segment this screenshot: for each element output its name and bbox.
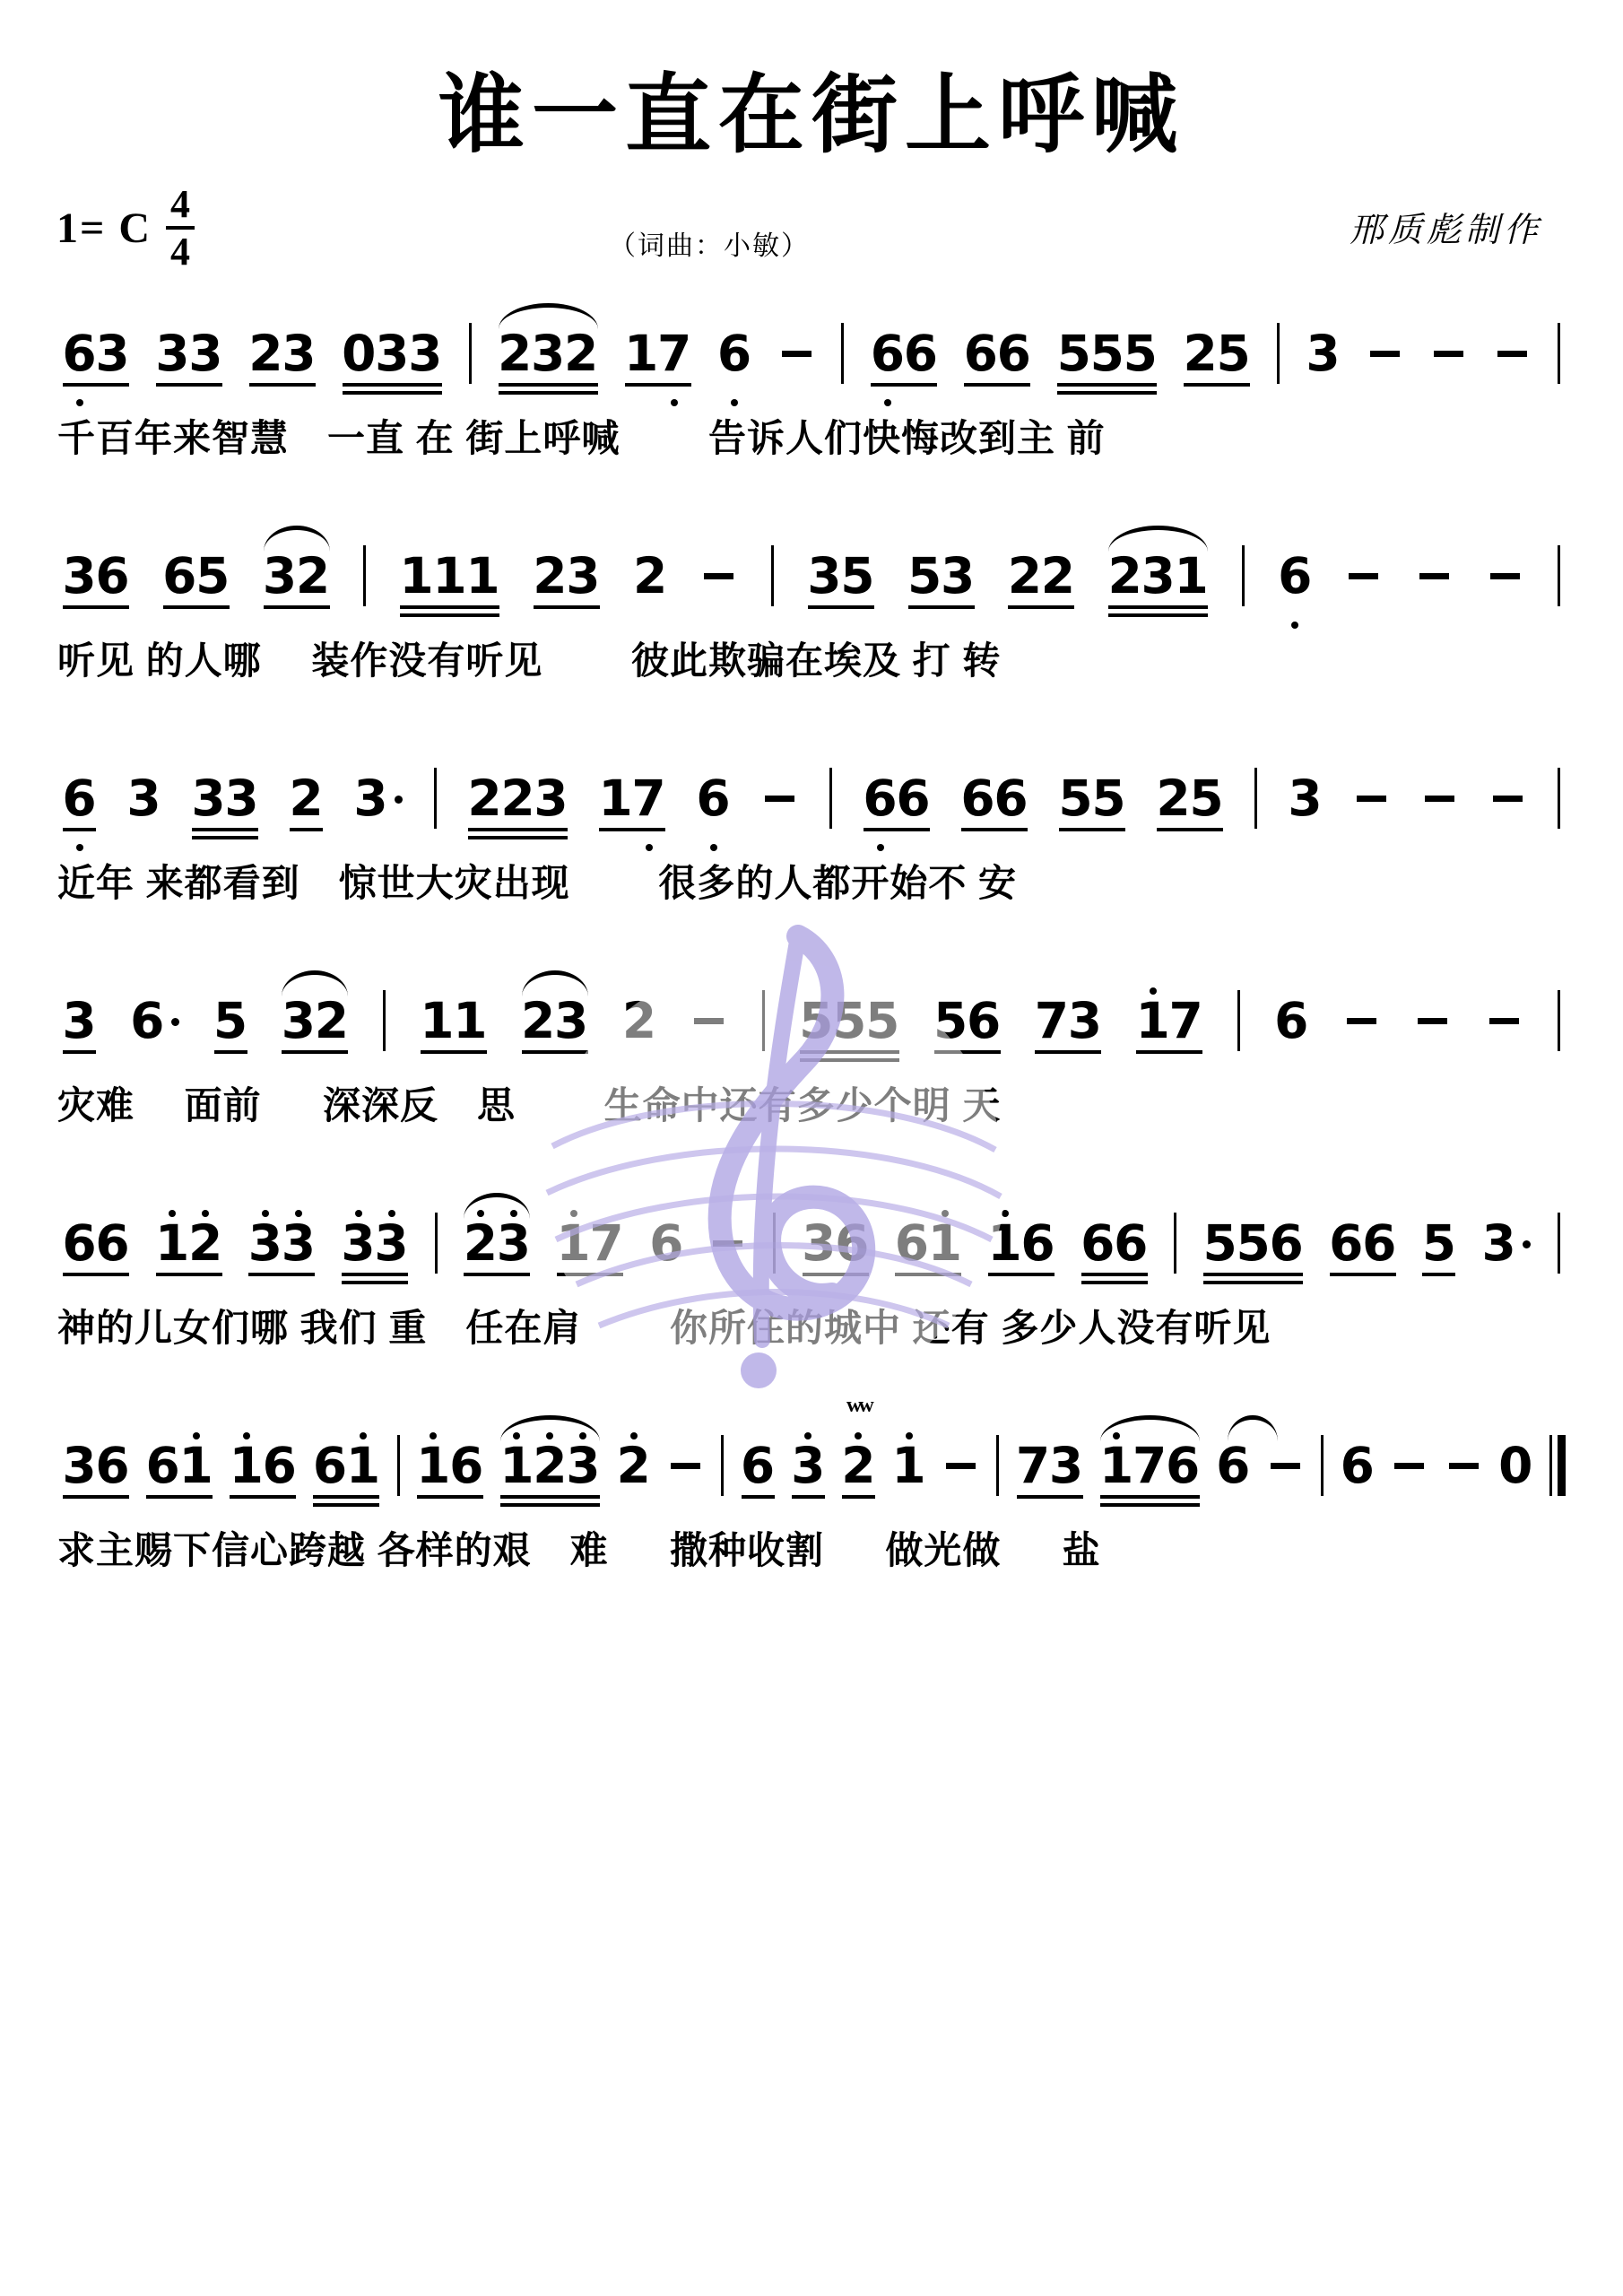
beam-underline — [1184, 383, 1250, 387]
note-group: 3 — [1305, 316, 1341, 398]
note-group: 17 — [1134, 983, 1204, 1065]
note: 3 — [792, 1430, 825, 1489]
note-digit: 6 — [1274, 997, 1308, 1044]
note-group: 17 — [623, 316, 693, 398]
note: 5 — [908, 540, 942, 599]
note-digit: 3 — [353, 775, 387, 822]
note: 3 — [803, 1207, 836, 1266]
note-group: 6 — [695, 761, 732, 843]
note: 7 — [632, 762, 665, 822]
slur-arc — [522, 970, 588, 996]
lyrics-line: 听见 的人哪 装作没有听见 彼此欺骗在埃及 打 转 — [57, 631, 1566, 685]
note: 7 — [1169, 985, 1202, 1044]
note: 1 — [892, 1430, 925, 1489]
note: 6 — [904, 317, 937, 377]
note-digit: 2 — [1184, 330, 1218, 377]
note-digit: 6 — [960, 775, 994, 822]
note-digit: 1 — [987, 1220, 1021, 1266]
note-digit: 1 — [928, 1220, 962, 1266]
note-group: 66 — [869, 316, 939, 398]
note-group: 25 — [1182, 316, 1252, 398]
note: 6 — [1330, 1207, 1363, 1266]
duration-dash — [1490, 573, 1520, 579]
barline — [996, 1435, 999, 1496]
note-digit: 1 — [346, 1442, 380, 1489]
note-group: 66 — [962, 316, 1032, 398]
slur-arc — [1108, 526, 1208, 552]
beam-underline-second — [500, 1503, 600, 1507]
beam-underline — [964, 383, 1030, 387]
lyricist-composer: （词曲：小敏） — [132, 223, 1287, 263]
note: 2 — [501, 762, 534, 822]
note-digit: 6 — [1362, 1220, 1396, 1266]
beam-underline-second — [313, 1503, 379, 1507]
beam-underline-second — [1203, 1281, 1303, 1284]
augmentation-dot — [1523, 1240, 1531, 1248]
note-digit: 1 — [432, 552, 466, 599]
beam-underline — [1059, 828, 1125, 831]
note-group: 61 — [893, 1205, 963, 1288]
note-digit: 1 — [420, 997, 454, 1044]
lyrics-line: 千百年来智慧 一直 在 街上呼喊 告诉人们快悔改到主 前 — [57, 409, 1566, 463]
note: 1 — [466, 540, 499, 599]
note-digit: 1 — [556, 1220, 590, 1266]
duration-dash — [1449, 1463, 1479, 1469]
note-digit: 6 — [896, 775, 930, 822]
note: 5 — [1237, 1207, 1270, 1266]
note: 6 — [650, 1207, 683, 1266]
duration-dash — [1493, 796, 1523, 802]
song-title: 谁一直在街上呼喊 — [0, 47, 1623, 170]
beam-underline — [282, 1050, 348, 1054]
beam-underline — [146, 1495, 213, 1499]
note-group: 33 — [247, 1205, 317, 1288]
note-group: 0 — [1497, 1428, 1534, 1510]
note-digit: 3 — [554, 997, 588, 1044]
note: 6 — [96, 1207, 129, 1266]
duration-dash — [1357, 796, 1386, 802]
note-digit: 3 — [263, 552, 297, 599]
note-digit: 7 — [631, 775, 665, 822]
note-digit: 3 — [566, 552, 600, 599]
note: 5 — [1059, 762, 1092, 822]
note-digit: 3 — [497, 1220, 531, 1266]
note: 5 — [1203, 1207, 1237, 1266]
barline — [773, 1213, 776, 1274]
note: 2ww — [842, 1430, 875, 1489]
note-group: 6 — [1215, 1428, 1252, 1510]
note-digit: 1 — [399, 552, 433, 599]
note-group: 36 — [61, 1428, 131, 1510]
duration-dash — [1425, 796, 1454, 802]
note-digit: 5 — [1058, 775, 1092, 822]
note: 3 — [409, 317, 442, 377]
note-digit: 6 — [62, 1220, 96, 1266]
note-group: 556 — [1202, 1205, 1305, 1288]
score-header: 1= C 4 4 （词曲：小敏） 邢质彪制作 — [56, 182, 1542, 274]
note-group: 6 — [61, 761, 98, 843]
beam-underline — [249, 383, 316, 387]
note-digit: 3 — [941, 552, 975, 599]
note: 1 — [599, 762, 632, 822]
beam-underline — [163, 605, 230, 609]
beam-underline — [599, 828, 665, 831]
lyrics-line: 近年 来都看到 惊世大灾出现 很多的人都开始不 安 — [57, 854, 1566, 908]
note-digit: 2 — [1041, 552, 1075, 599]
note-group: 23 — [532, 538, 602, 621]
note: 5 — [196, 540, 230, 599]
note: 5 — [833, 985, 866, 1044]
note-digit: 6 — [741, 1442, 775, 1489]
beam-underline — [248, 1273, 315, 1276]
note-digit: 3 — [791, 1442, 825, 1489]
note-digit: 7 — [1016, 1442, 1050, 1489]
note: 3 — [1482, 1207, 1515, 1266]
barline — [435, 1213, 438, 1274]
note-digit: 7 — [589, 1220, 623, 1266]
note-group: 3 — [61, 983, 98, 1065]
note-digit: 6 — [1114, 1220, 1148, 1266]
notes-row: 633323223176666655253 — [57, 761, 1566, 843]
beam-underline — [342, 1273, 408, 1276]
note-digit: 6 — [1020, 1220, 1055, 1266]
note: 3 — [282, 317, 316, 377]
beam-underline — [895, 1273, 961, 1276]
note: 5 — [1190, 762, 1223, 822]
note-digit: 6 — [717, 330, 751, 377]
note: 3 — [248, 1207, 282, 1266]
duration-dash — [1434, 351, 1463, 357]
note-group: 6 — [740, 1428, 777, 1510]
note-digit: 2 — [1108, 552, 1142, 599]
note: 3 — [567, 540, 600, 599]
note-digit: 3 — [1049, 1442, 1083, 1489]
note: 2 — [634, 540, 667, 599]
note-digit: 3 — [531, 330, 565, 377]
note: 2 — [1184, 317, 1217, 377]
beam-underline — [534, 605, 600, 609]
slur-arc — [264, 526, 330, 552]
note-digit: 3 — [1288, 775, 1322, 822]
note-digit: 3 — [1141, 552, 1176, 599]
note: 3 — [127, 762, 161, 822]
beam-underline — [934, 1050, 1001, 1054]
duration-dash — [1497, 351, 1527, 357]
note: 1 — [400, 540, 433, 599]
beam-underline — [500, 1495, 600, 1499]
note: 6 — [96, 540, 129, 599]
sheet-music-page: { "title": "谁一直在街上呼喊", "header": { "key"… — [0, 0, 1623, 2296]
note: 6 — [997, 317, 1030, 377]
barline — [771, 545, 774, 606]
beam-underline — [522, 1050, 588, 1054]
beam-underline — [468, 828, 568, 831]
notes-row: 36532112325555673176 — [57, 983, 1566, 1065]
note-group: 11 — [419, 983, 489, 1065]
note-group: 5 — [1420, 1205, 1457, 1288]
note-digit: 0 — [1498, 1442, 1532, 1489]
note-group: 555 — [798, 983, 901, 1065]
beam-underline — [290, 828, 323, 831]
note: 6 — [1363, 1207, 1396, 1266]
note: 1 — [557, 1207, 590, 1266]
note-digit: 6 — [162, 552, 196, 599]
note: 3 — [63, 985, 96, 1044]
barline — [397, 1435, 400, 1496]
note-digit: 5 — [1236, 1220, 1270, 1266]
note-digit: 3 — [126, 775, 161, 822]
augmentation-dot — [171, 1018, 179, 1026]
note-digit: 1 — [1136, 997, 1170, 1044]
beam-underline — [961, 828, 1028, 831]
note: 2 — [617, 1430, 650, 1489]
duration-dash — [1347, 1018, 1376, 1024]
note-digit: 2 — [533, 552, 567, 599]
note-digit: 6 — [1216, 1442, 1250, 1489]
note-digit: 3 — [62, 1442, 96, 1489]
note: 5 — [214, 985, 247, 1044]
octave-dot-below — [671, 399, 678, 406]
note: 6 — [63, 762, 96, 822]
note-digit: 3 — [224, 775, 258, 822]
note-group: 23 — [520, 983, 590, 1065]
note-group: 61 — [144, 1428, 214, 1510]
beam-underline — [1017, 1495, 1083, 1499]
note: 3 — [156, 317, 189, 377]
note-digit: 6 — [1269, 1220, 1303, 1266]
slur-arc — [499, 303, 598, 329]
note-digit: 1 — [598, 775, 632, 822]
note-group: 2 — [621, 983, 657, 1065]
note-group: 35 — [806, 538, 876, 621]
note-group: 6 — [129, 983, 181, 1065]
note-digit: 3 — [282, 997, 316, 1044]
barline — [1558, 768, 1560, 829]
note: 3 — [342, 1207, 375, 1266]
note-digit: 2 — [1156, 775, 1190, 822]
note-digit: 3 — [375, 330, 409, 377]
note: 3 — [808, 540, 841, 599]
note-digit: 5 — [865, 997, 899, 1044]
beam-underline — [1081, 1273, 1148, 1276]
note: 1 — [230, 1430, 263, 1489]
note: 6 — [836, 1207, 869, 1266]
note: 3 — [1306, 317, 1340, 377]
note-digit: 3 — [1068, 997, 1102, 1044]
note: 2 — [622, 985, 655, 1044]
duration-dash — [1370, 351, 1400, 357]
note-group: 2 — [288, 761, 325, 843]
note-group: 25 — [1155, 761, 1225, 843]
note-group: 36 — [801, 1205, 871, 1288]
credit-maker: 邢质彪制作 — [1350, 202, 1542, 251]
note: 5 — [841, 540, 874, 599]
note-group: 16 — [228, 1428, 298, 1510]
beam-underline — [1422, 1273, 1455, 1276]
barline — [363, 545, 366, 606]
note-digit: 6 — [696, 775, 730, 822]
note-digit: 6 — [835, 1220, 869, 1266]
note: 0 — [343, 317, 376, 377]
note-digit: 1 — [453, 997, 487, 1044]
note-digit: 2 — [467, 775, 501, 822]
octave-dot-below — [884, 399, 891, 406]
beam-underline — [156, 383, 222, 387]
beam-underline-second — [1057, 391, 1157, 395]
duration-dash — [704, 573, 733, 579]
note-digit: 2 — [289, 775, 323, 822]
note: 3 — [225, 762, 258, 822]
note-digit: 6 — [449, 1442, 483, 1489]
duration-dash — [782, 351, 811, 357]
note-group: 55 — [1057, 761, 1127, 843]
note-digit: 7 — [1133, 1442, 1167, 1489]
note: 6 — [697, 762, 730, 822]
note-digit: 3 — [155, 330, 189, 377]
note-digit: 2 — [464, 1220, 498, 1266]
note: 2 — [468, 762, 501, 822]
duration-dash — [1349, 573, 1378, 579]
slur-arc — [1228, 1415, 1277, 1441]
beam-underline-second — [1100, 1503, 1200, 1507]
note: 2 — [1157, 762, 1190, 822]
note-digit: 6 — [1278, 552, 1312, 599]
barline — [762, 990, 765, 1051]
note: 2 — [290, 762, 323, 822]
note-group: 223 — [466, 761, 569, 843]
note-digit: 3 — [408, 330, 442, 377]
note-group: 66 — [959, 761, 1029, 843]
beam-underline — [1136, 1050, 1202, 1054]
note: 6 — [263, 1430, 296, 1489]
note: 6 — [1115, 1207, 1148, 1266]
barline — [841, 323, 844, 384]
note-digit: 5 — [1422, 1220, 1456, 1266]
barline — [1558, 323, 1560, 384]
beam-underline — [1035, 1050, 1101, 1054]
note-digit: 5 — [1090, 330, 1124, 377]
note: 6 — [63, 317, 96, 377]
notes-row: 6612333323176366116665566653 — [57, 1205, 1566, 1288]
note-digit: 2 — [248, 330, 282, 377]
note-group: 3 — [126, 761, 162, 843]
note-digit: 7 — [657, 330, 691, 377]
note-digit: 6 — [62, 775, 96, 822]
note-digit: 3 — [62, 997, 96, 1044]
system-1: 6333230332321766666555253千百年来智慧 一直 在 街上呼… — [57, 316, 1566, 463]
note-group: 66 — [1080, 1205, 1150, 1288]
note-digit: 6 — [871, 330, 905, 377]
note-digit: 6 — [904, 330, 938, 377]
duration-dash — [765, 796, 794, 802]
lyrics-line: 求主赐下信心跨越 各样的艰 难 撒种收割 做光做 盐 — [57, 1521, 1566, 1575]
note: 6 — [1275, 985, 1308, 1044]
note: 7 — [658, 317, 691, 377]
note-group: 6 — [1277, 538, 1314, 621]
duration-dash — [1394, 1463, 1424, 1469]
note-group: 123 — [499, 1428, 602, 1510]
beam-underline — [499, 383, 598, 387]
note: 3 — [376, 317, 409, 377]
note: 3 — [192, 762, 225, 822]
note-digit: 2 — [616, 1442, 650, 1489]
note-digit: 1 — [155, 1220, 189, 1266]
note: 1 — [433, 540, 466, 599]
beam-underline — [264, 605, 330, 609]
note-group: 65 — [161, 538, 231, 621]
note: 1 — [179, 1430, 213, 1489]
note-digit: 3 — [341, 1220, 375, 1266]
note: 3 — [534, 762, 568, 822]
note: 1 — [421, 985, 454, 1044]
note-group: 23 — [462, 1205, 532, 1288]
barline — [469, 323, 472, 384]
note-digit: 3 — [62, 552, 96, 599]
barline — [1558, 1213, 1560, 1274]
note-group: 73 — [1033, 983, 1103, 1065]
note: 5 — [1422, 1207, 1455, 1266]
slur-arc — [464, 1193, 530, 1219]
note-digit: 6 — [1341, 1442, 1375, 1489]
beam-underline — [464, 1273, 530, 1276]
octave-dot-below — [76, 399, 83, 406]
note-digit: 3 — [807, 552, 841, 599]
notes-row: 3665321112323553222316 — [57, 538, 1566, 621]
note-group: 73 — [1015, 1428, 1085, 1510]
note: 7 — [590, 1207, 623, 1266]
note-digit: 6 — [95, 1442, 129, 1489]
note: 6 — [450, 1430, 483, 1489]
note-group: 66 — [862, 761, 932, 843]
system-2: 3665321112323553222316听见 的人哪 装作没有听见 彼此欺骗… — [57, 538, 1566, 685]
beam-underline — [908, 605, 975, 609]
note: 2 — [189, 1207, 222, 1266]
slur-arc — [500, 1415, 600, 1441]
beam-underline — [864, 828, 930, 831]
beam-underline-second — [1081, 1281, 1148, 1284]
note: 3 — [375, 1207, 408, 1266]
note-group: 6 — [648, 1205, 685, 1288]
thin-bar — [1549, 1435, 1552, 1496]
note-group: 33 — [340, 1205, 410, 1288]
octave-dot-below — [710, 844, 717, 851]
beam-underline-second — [343, 391, 442, 395]
note-digit: 6 — [62, 330, 96, 377]
beam-underline — [842, 1495, 875, 1499]
note-digit: 5 — [1091, 775, 1125, 822]
note-digit: 5 — [799, 997, 833, 1044]
barline — [1237, 990, 1240, 1051]
note-digit: 1 — [891, 1442, 925, 1489]
note-group: 555 — [1055, 316, 1159, 398]
note-digit: 5 — [1057, 330, 1091, 377]
note-group: 66 — [61, 1205, 131, 1288]
beam-underline — [1203, 1273, 1303, 1276]
barline — [1254, 768, 1257, 829]
note-group: 2ww — [840, 1428, 877, 1510]
note: 1 — [417, 1430, 450, 1489]
note-group: 1 — [890, 1428, 927, 1510]
beam-underline — [192, 828, 258, 831]
note: 3 — [63, 540, 96, 599]
note-digit: 2 — [1008, 552, 1042, 599]
note: 7 — [1035, 985, 1068, 1044]
beam-underline — [214, 1050, 247, 1054]
note: 6 — [163, 540, 196, 599]
note-digit: 6 — [964, 330, 998, 377]
note: 6 — [1021, 1207, 1055, 1266]
note-digit: 6 — [95, 1220, 129, 1266]
